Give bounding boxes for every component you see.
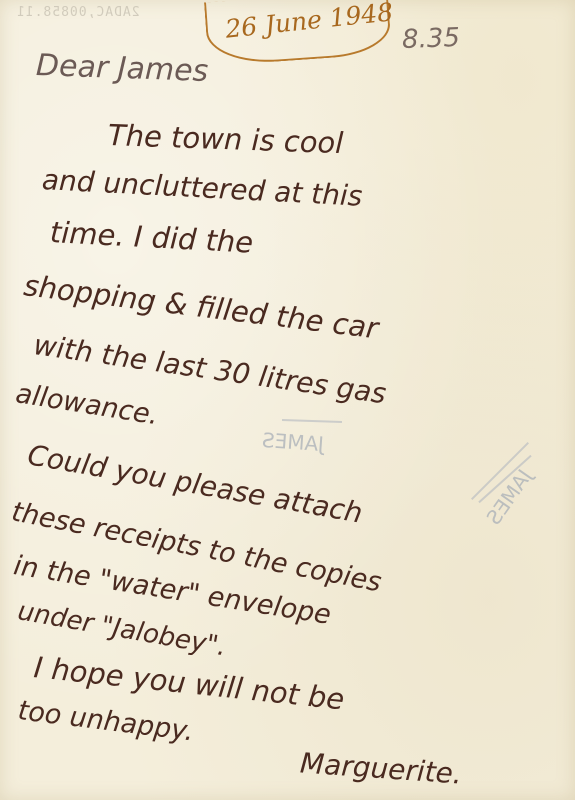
body-line: and uncluttered at this <box>41 163 363 213</box>
pencil-annotation-rotated: JAMES <box>481 465 536 529</box>
pencil-annotation-mirrored: JAMES <box>261 428 324 456</box>
pencil-underline <box>282 419 342 423</box>
body-line: time. I did the <box>49 215 254 260</box>
letter-page: 2ADAC,00858.11 26 June 1948 8.35 Dear Ja… <box>0 0 575 800</box>
letter-time: 8.35 <box>401 23 460 55</box>
body-line: allowance. <box>14 378 161 431</box>
body-line: The town is cool <box>107 118 344 160</box>
salutation: Dear James <box>35 48 208 89</box>
signature: Marguerite. <box>299 746 463 790</box>
body-line: too unhappy. <box>16 695 195 747</box>
archive-stamp-bleedthrough: 2ADAC,00858.11 <box>16 5 140 20</box>
